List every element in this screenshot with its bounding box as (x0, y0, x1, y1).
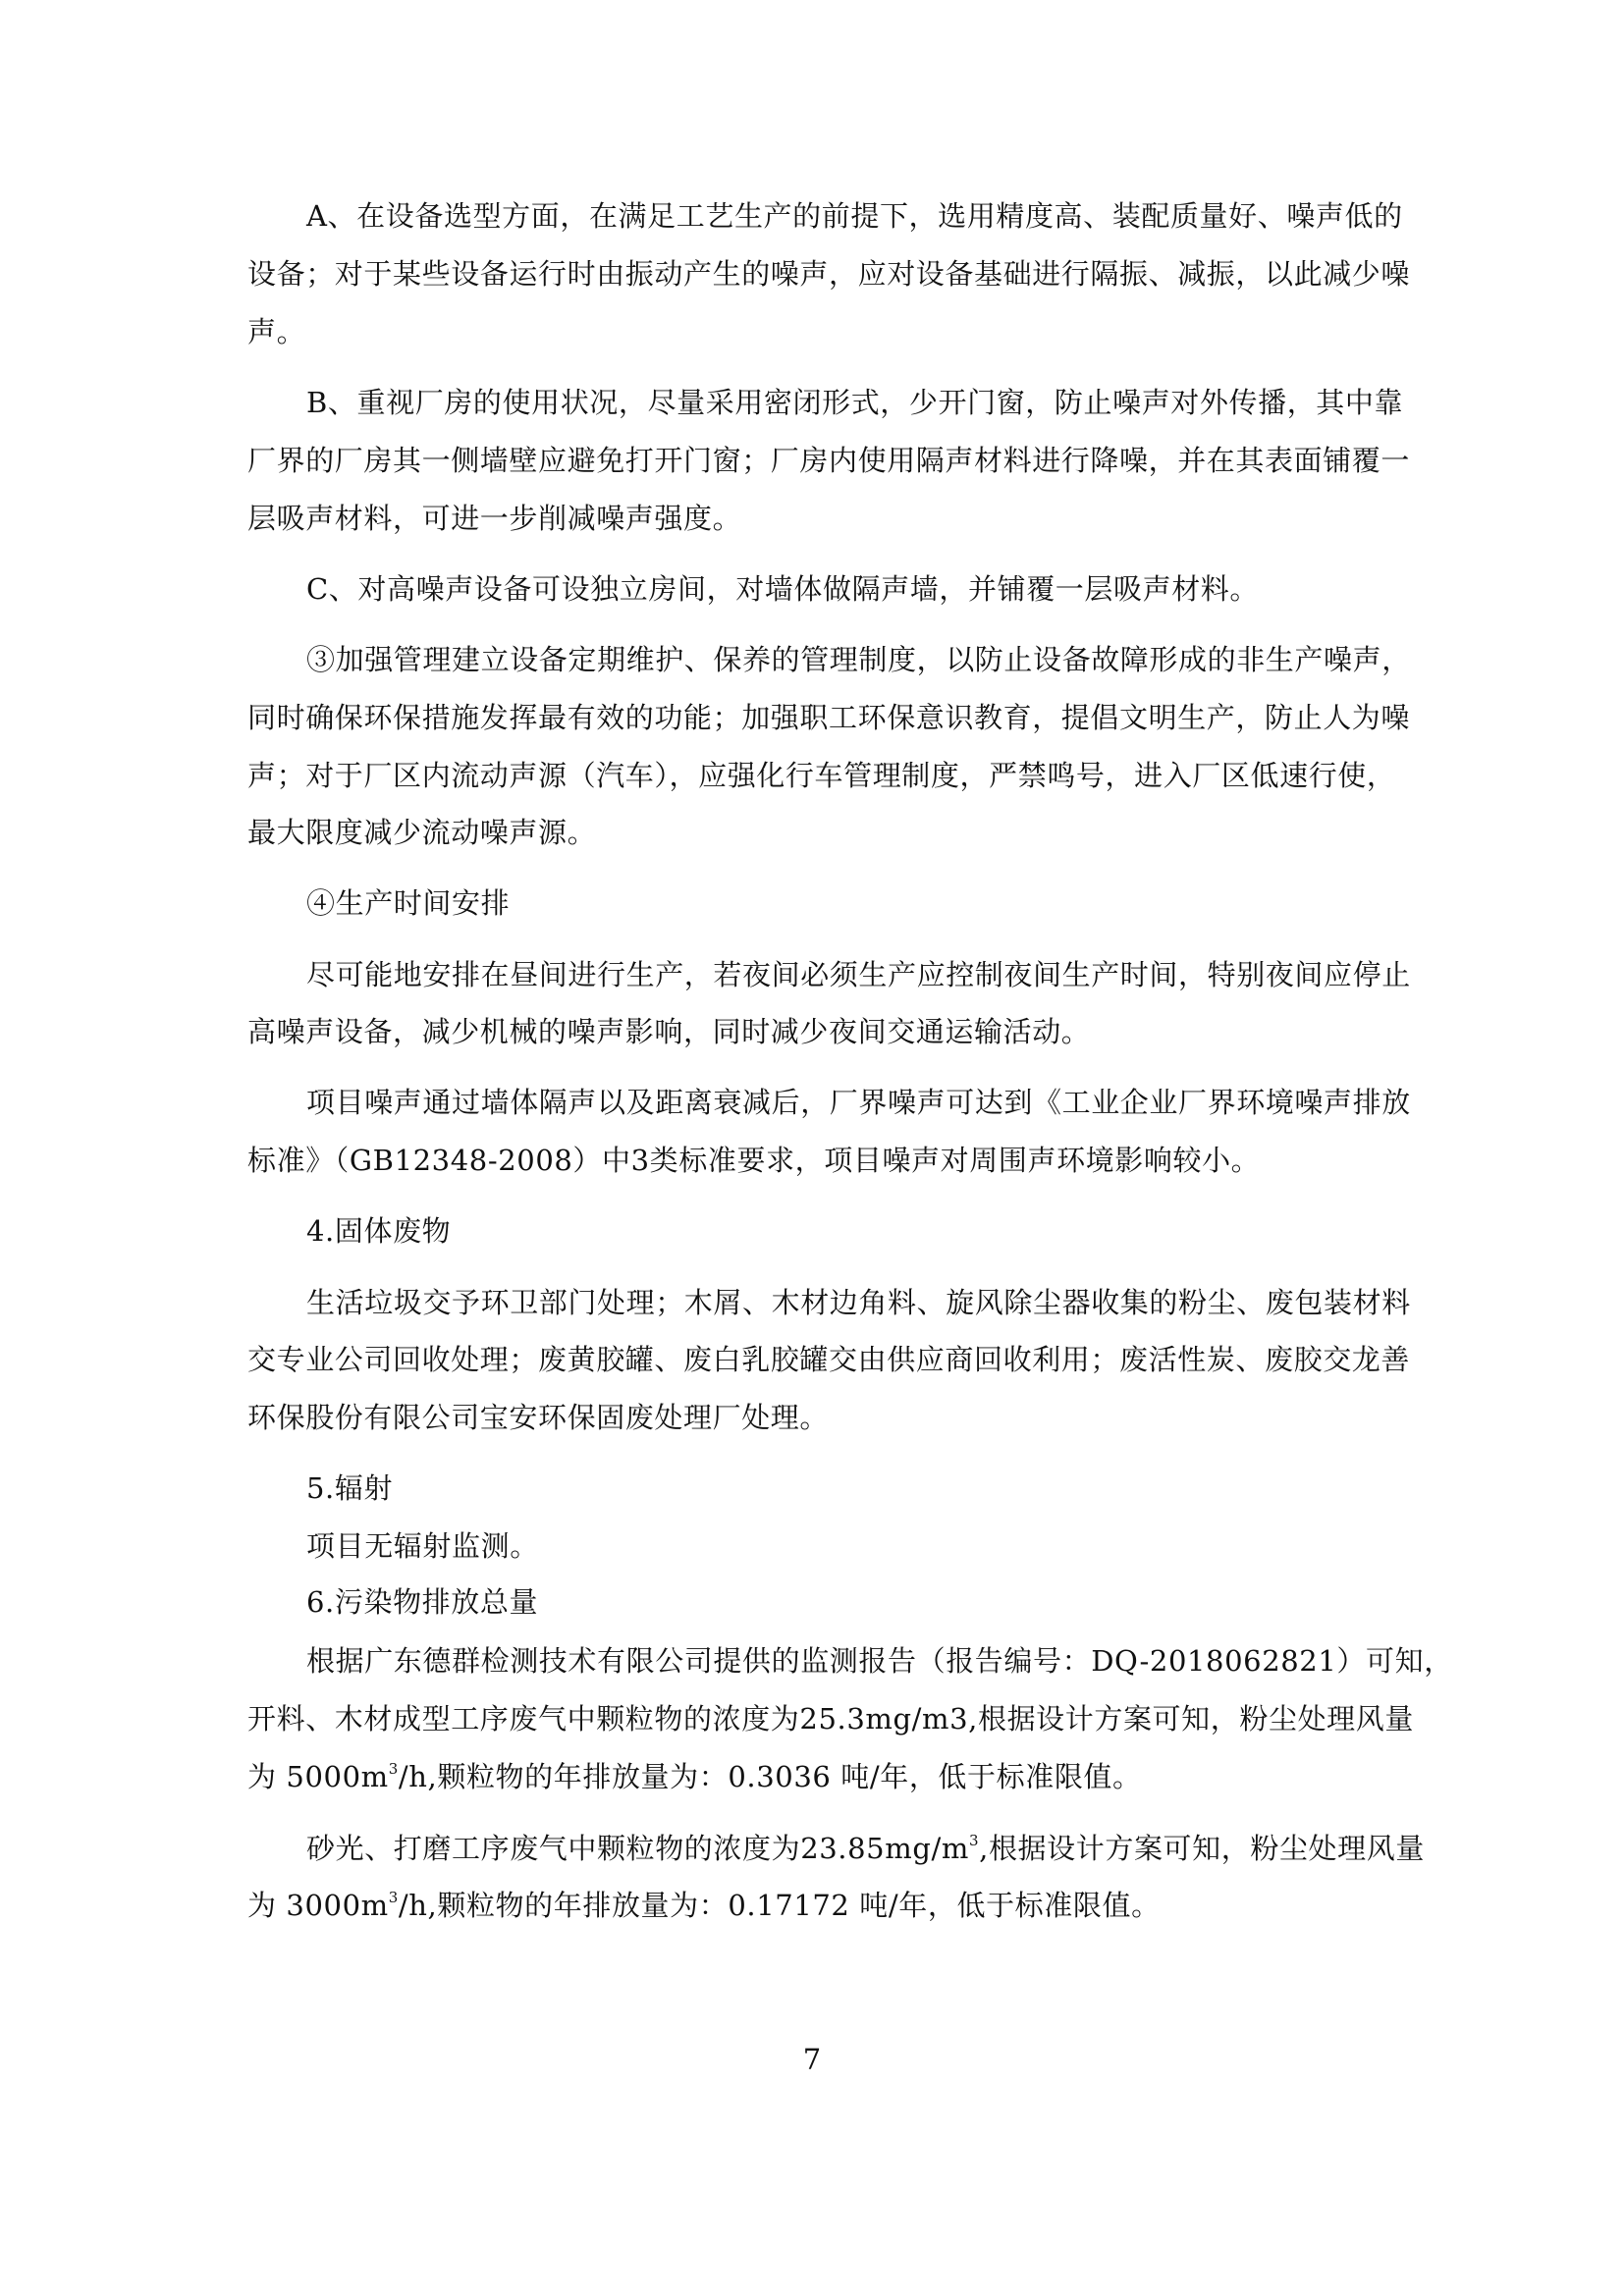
paragraph-schedule-line-1: 尽可能地安排在昼间进行生产，若夜间必须生产应控制夜间生产时间，特别夜间应停止 (306, 955, 1386, 994)
paragraph-b-line-3: 层吸声材料，可进一步削减噪声强度。 (247, 499, 1386, 538)
paragraph-solid-waste-line-1: 生活垃圾交予环卫部门处理；木屑、木材边角料、旋风除尘器收集的粉尘、废包装材料 (306, 1283, 1386, 1322)
text-segment: ,根据设计方案可知，粉尘处理风量 (979, 1832, 1425, 1865)
paragraph-b-line-1: B、重视厂房的使用状况，尽量采用密闭形式，少开门窗，防止噪声对外传播，其中靠 (306, 383, 1386, 422)
document-page: A、在设备选型方面，在满足工艺生产的前提下，选用精度高、装配质量好、噪声低的 设… (0, 0, 1624, 2296)
text-segment: /h,颗粒物的年排放量为：0.17172 吨/年，低于标准限值。 (399, 1889, 1161, 1922)
paragraph-c-line-1: C、对高噪声设备可设独立房间，对墙体做隔声墙，并铺覆一层吸声材料。 (306, 569, 1386, 609)
heading-radiation: 5.辐射 (306, 1468, 1386, 1508)
paragraph-management-line-1: ③加强管理建立设备定期维护、保养的管理制度，以防止设备故障形成的非生产噪声， (306, 640, 1386, 679)
heading-solid-waste: 4.固体废物 (306, 1211, 1386, 1251)
paragraph-emissions-1-line-3: 为 5000m3/h,颗粒物的年排放量为：0.3036 吨/年，低于标准限值。 (247, 1757, 1386, 1796)
paragraph-emissions-1-line-2: 开料、木材成型工序废气中颗粒物的浓度为25.3mg/m3,根据设计方案可知，粉尘… (247, 1699, 1386, 1738)
heading-production-schedule: ④生产时间安排 (306, 883, 1386, 923)
paragraph-noise-conclusion-line-1: 项目噪声通过墙体隔声以及距离衰减后，厂界噪声可达到《工业企业厂界环境噪声排放 (306, 1083, 1386, 1122)
superscript: 3 (389, 1760, 399, 1778)
paragraph-radiation: 项目无辐射监测。 (306, 1526, 1386, 1566)
paragraph-emissions-2-line-1: 砂光、打磨工序废气中颗粒物的浓度为23.85mg/m3,根据设计方案可知，粉尘处… (306, 1829, 1386, 1868)
text-segment: 为 5000m (247, 1760, 389, 1793)
paragraph-management-line-4: 最大限度减少流动噪声源。 (247, 813, 1386, 852)
superscript: 3 (389, 1889, 399, 1906)
paragraph-b-line-2: 厂界的厂房其一侧墙壁应避免打开门窗；厂房内使用隔声材料进行降噪，并在其表面铺覆一 (247, 441, 1386, 480)
paragraph-management-line-3: 声；对于厂区内流动声源（汽车），应强化行车管理制度，严禁鸣号，进入厂区低速行使， (247, 756, 1386, 795)
paragraph-emissions-2-line-2: 为 3000m3/h,颗粒物的年排放量为：0.17172 吨/年，低于标准限值。 (247, 1886, 1386, 1925)
page-number: 7 (0, 2040, 1624, 2079)
paragraph-a-line-1: A、在设备选型方面，在满足工艺生产的前提下，选用精度高、装配质量好、噪声低的 (306, 196, 1386, 236)
text-segment: /h,颗粒物的年排放量为：0.3036 吨/年，低于标准限值。 (399, 1760, 1142, 1793)
paragraph-solid-waste-line-3: 环保股份有限公司宝安环保固废处理厂处理。 (247, 1398, 1386, 1437)
paragraph-solid-waste-line-2: 交专业公司回收处理；废黄胶罐、废白乳胶罐交由供应商回收利用；废活性炭、废胶交龙善 (247, 1340, 1386, 1379)
paragraph-a-line-2: 设备；对于某些设备运行时由振动产生的噪声，应对设备基础进行隔振、减振，以此减少噪 (247, 254, 1386, 294)
text-segment: 砂光、打磨工序废气中颗粒物的浓度为23.85mg/m (306, 1832, 969, 1865)
paragraph-noise-conclusion-line-2: 标准》（GB12348-2008）中3类标准要求，项目噪声对周围声环境影响较小。 (247, 1141, 1386, 1180)
heading-total-emissions: 6.污染物排放总量 (306, 1582, 1386, 1622)
text-segment: 为 3000m (247, 1889, 389, 1922)
paragraph-management-line-2: 同时确保环保措施发挥最有效的功能；加强职工环保意识教育，提倡文明生产，防止人为噪 (247, 698, 1386, 737)
paragraph-schedule-line-2: 高噪声设备，减少机械的噪声影响，同时减少夜间交通运输活动。 (247, 1012, 1386, 1051)
superscript: 3 (969, 1832, 979, 1849)
paragraph-a-line-3: 声。 (247, 312, 1386, 351)
paragraph-emissions-1-line-1: 根据广东德群检测技术有限公司提供的监测报告（报告编号：DQ-2018062821… (306, 1641, 1386, 1681)
